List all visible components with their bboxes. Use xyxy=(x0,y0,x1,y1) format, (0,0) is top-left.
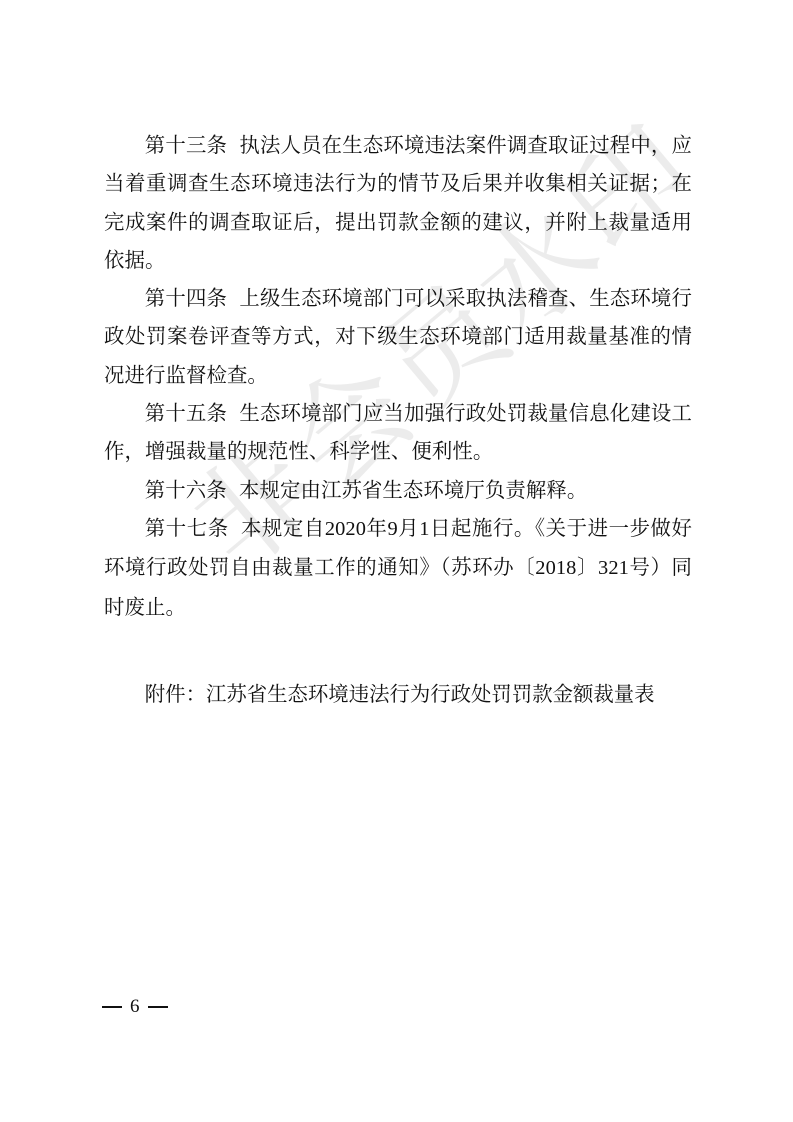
article-number: 第十七条 xyxy=(145,516,229,540)
article-number: 第十三条 xyxy=(145,133,227,157)
document-body: 第十三条执法人员在生态环境违法案件调查取证过程中，应当着重调查生态环境违法行为的… xyxy=(104,126,692,626)
article-17: 第十七条本规定自2020年9月1日起施行。《关于进一步做好环境行政处罚自由裁量工… xyxy=(104,509,692,626)
article-text-part: 月 xyxy=(398,516,419,540)
article-14: 第十四条上级生态环境部门可以采取执法稽查、生态环境行政处罚案卷评查等方式，对下级… xyxy=(104,279,692,394)
doc-year: 2018 xyxy=(535,557,576,579)
article-text-part: 〕 xyxy=(576,555,598,579)
dash-left xyxy=(102,1006,122,1008)
page-footer: 6 xyxy=(102,996,168,1018)
effective-year: 2020 xyxy=(325,518,366,540)
document-page: 非会员水印 第十三条执法人员在生态环境违法案件调查取证过程中，应当着重调查生态环… xyxy=(0,0,793,1122)
article-text: 本规定由江苏省生态环境厅负责解释。 xyxy=(239,478,587,502)
article-number: 第十四条 xyxy=(145,286,227,310)
doc-number: 321 xyxy=(598,557,629,579)
page-number: 6 xyxy=(130,996,140,1018)
attachment-note: 附件：江苏省生态环境违法行为行政处罚罚款金额裁量表 xyxy=(104,675,692,713)
dash-right xyxy=(148,1006,168,1008)
article-number: 第十五条 xyxy=(145,401,227,425)
effective-month: 9 xyxy=(388,518,398,540)
article-13: 第十三条执法人员在生态环境违法案件调查取证过程中，应当着重调查生态环境违法行为的… xyxy=(104,126,692,279)
article-text-part: 本规定自 xyxy=(241,516,325,540)
article-15: 第十五条生态环境部门应当加强行政处罚裁量信息化建设工作，增强裁量的规范性、科学性… xyxy=(104,394,692,471)
article-16: 第十六条本规定由江苏省生态环境厅负责解释。 xyxy=(104,471,692,509)
effective-day: 1 xyxy=(419,518,429,540)
article-number: 第十六条 xyxy=(145,478,227,502)
article-text-part: 年 xyxy=(366,516,387,540)
